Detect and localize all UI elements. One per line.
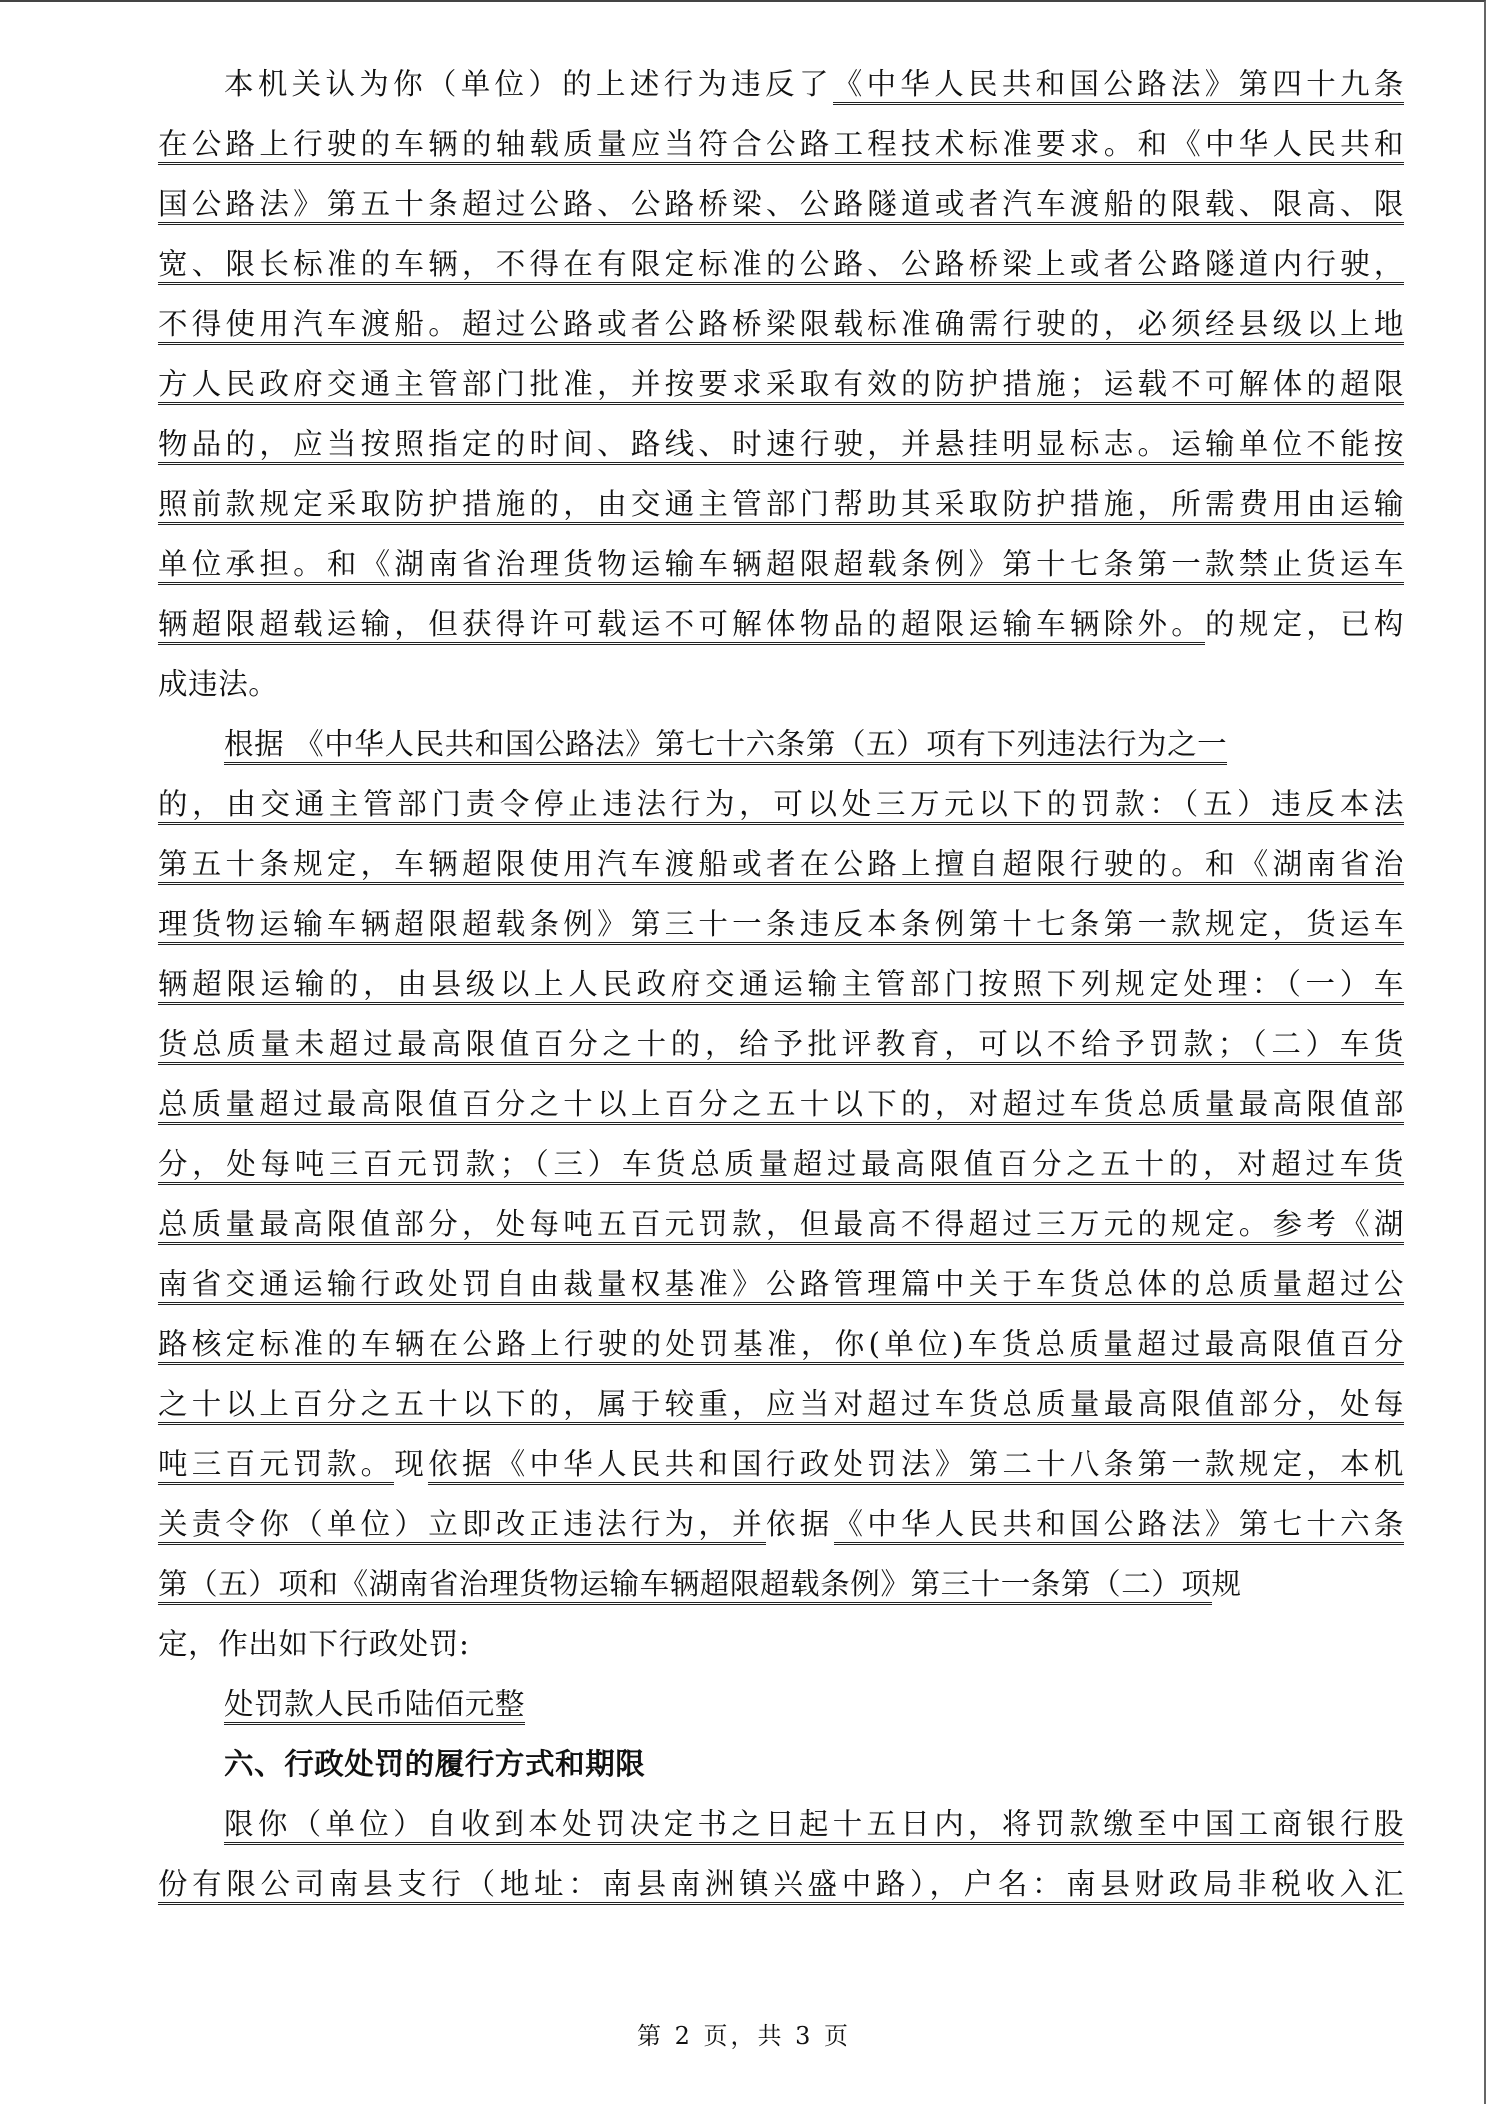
text-line: 关责令你（单位）立即改正违法行为，并依据《中华人民共和国公路法》第七十六条 bbox=[158, 1502, 1404, 1546]
page-number-footer: 第 2 页，共 3 页 bbox=[0, 2016, 1488, 2051]
text-line: 处罚款人民币陆佰元整 bbox=[158, 1682, 1404, 1726]
text-line: 货总质量未超过最高限值百分之十的，给予批评教育，可以不给予罚款；（二）车货 bbox=[158, 1022, 1404, 1066]
plain-text: 定，作出如下行政处罚: bbox=[158, 1627, 470, 1661]
text-line: 物品的，应当按照指定的时间、路线、时速行驶，并悬挂明显标志。运输单位不能按 bbox=[158, 422, 1404, 466]
plain-text: 现 bbox=[394, 1447, 428, 1481]
text-line: 成违法。 bbox=[158, 662, 1404, 706]
plain-text: 六、行政处罚的履行方式和期限 bbox=[224, 1747, 645, 1781]
text-line: 单位承担。和《湖南省治理货物运输车辆超限超载条例》第十七条第一款禁止货运车 bbox=[158, 542, 1404, 586]
underlined-text: 处罚款人民币陆佰元整 bbox=[224, 1687, 525, 1725]
underlined-text: 关责令你（单位）立即改正违法行为，并 bbox=[158, 1507, 766, 1545]
underlined-text: 辆超限超载运输，但获得许可载运不可解体物品的超限运输车辆除外。 bbox=[158, 607, 1205, 645]
text-line: 限你（单位）自收到本处罚决定书之日起十五日内，将罚款缴至中国工商银行股 bbox=[158, 1802, 1404, 1846]
underlined-text: 方人民政府交通主管部门批准，并按要求采取有效的防护措施；运载不可解体的超限 bbox=[158, 367, 1404, 405]
underlined-text: 路核定标准的车辆在公路上行驶的处罚基准，你(单位)车货总质量超过最高限值百分 bbox=[158, 1327, 1404, 1365]
text-line: 第五十条规定，车辆超限使用汽车渡船或者在公路上擅自超限行驶的。和《湖南省治 bbox=[158, 842, 1404, 886]
plain-text: 本机关认为你（单位）的上述行为违反了 bbox=[224, 67, 833, 101]
underlined-text: 物品的，应当按照指定的时间、路线、时速行驶，并悬挂明显标志。运输单位不能按 bbox=[158, 427, 1404, 465]
document-page: 本机关认为你（单位）的上述行为违反了《中华人民共和国公路法》第四十九条在公路上行… bbox=[0, 0, 1486, 2104]
text-line: 方人民政府交通主管部门批准，并按要求采取有效的防护措施；运载不可解体的超限 bbox=[158, 362, 1404, 406]
underlined-text: 货总质量未超过最高限值百分之十的，给予批评教育，可以不给予罚款；（二）车货 bbox=[158, 1027, 1404, 1065]
text-line: 国公路法》第五十条超过公路、公路桥梁、公路隧道或者汽车渡船的限载、限高、限 bbox=[158, 182, 1404, 226]
underlined-text: 依据《中华人民共和国行政处罚法》第二十八条第一款规定，本机 bbox=[428, 1447, 1404, 1485]
underlined-text: 照前款规定采取防护措施的，由交通主管部门帮助其采取防护措施，所需费用由运输 bbox=[158, 487, 1404, 525]
underlined-text: 份有限公司南县支行（地址：南县南洲镇兴盛中路），户名：南县财政局非税收入汇 bbox=[158, 1867, 1404, 1905]
text-line: 辆超限运输的，由县级以上人民政府交通运输主管部门按照下列规定处理：（一）车 bbox=[158, 962, 1404, 1006]
underlined-text: 总质量最高限值部分，处每吨五百元罚款，但最高不得超过三万元的规定。参考《湖 bbox=[158, 1207, 1404, 1245]
section-heading: 六、行政处罚的履行方式和期限 bbox=[158, 1742, 1404, 1786]
text-line: 总质量超过最高限值百分之十以上百分之五十以下的，对超过车货总质量最高限值部 bbox=[158, 1082, 1404, 1126]
text-line: 不得使用汽车渡船。超过公路或者公路桥梁限载标准确需行驶的，必须经县级以上地 bbox=[158, 302, 1404, 346]
underlined-text: 南省交通运输行政处罚自由裁量权基准》公路管理篇中关于车货总体的总质量超过公 bbox=[158, 1267, 1404, 1305]
underlined-text: 分，处每吨三百元罚款；（三）车货总质量超过最高限值百分之五十的，对超过车货 bbox=[158, 1147, 1404, 1185]
underlined-text: 第（五）项和《湖南省治理货物运输车辆超限超载条例》第三十一条第（二）项 bbox=[158, 1567, 1212, 1605]
underlined-text: 之十以上百分之五十以下的，属于较重，应当对超过车货总质量最高限值部分，处每 bbox=[158, 1387, 1404, 1425]
plain-text: 的规定，已构 bbox=[1205, 607, 1404, 641]
text-line: 理货物运输车辆超限超载条例》第三十一条违反本条例第十七条第一款规定，货运车 bbox=[158, 902, 1404, 946]
underlined-text: 辆超限运输的，由县级以上人民政府交通运输主管部门按照下列规定处理：（一）车 bbox=[158, 967, 1404, 1005]
text-line: 宽、限长标准的车辆，不得在有限定标准的公路、公路桥梁上或者公路隧道内行驶， bbox=[158, 242, 1404, 286]
text-line: 在公路上行驶的车辆的轴载质量应当符合公路工程技术标准要求。和《中华人民共和 bbox=[158, 122, 1404, 166]
text-line: 本机关认为你（单位）的上述行为违反了《中华人民共和国公路法》第四十九条 bbox=[158, 62, 1404, 106]
underlined-text: 理货物运输车辆超限超载条例》第三十一条违反本条例第十七条第一款规定，货运车 bbox=[158, 907, 1404, 945]
underlined-text: 第五十条规定，车辆超限使用汽车渡船或者在公路上擅自超限行驶的。和《湖南省治 bbox=[158, 847, 1404, 885]
text-line: 定，作出如下行政处罚: bbox=[158, 1622, 1404, 1666]
text-line: 分，处每吨三百元罚款；（三）车货总质量超过最高限值百分之五十的，对超过车货 bbox=[158, 1142, 1404, 1186]
underlined-text: 宽、限长标准的车辆，不得在有限定标准的公路、公路桥梁上或者公路隧道内行驶， bbox=[158, 247, 1404, 285]
plain-text: 规 bbox=[1212, 1567, 1242, 1601]
underlined-text: 《中华人民共和国公路法》第七十六条 bbox=[834, 1507, 1405, 1545]
text-line: 的，由交通主管部门责令停止违法行为，可以处三万元以下的罚款：（五）违反本法 bbox=[158, 782, 1404, 826]
underlined-text: 《中华人民共和国公路法》第四十九条 bbox=[833, 67, 1404, 105]
underlined-text: 不得使用汽车渡船。超过公路或者公路桥梁限载标准确需行驶的，必须经县级以上地 bbox=[158, 307, 1404, 345]
underlined-text: 吨三百元罚款。 bbox=[158, 1447, 394, 1485]
text-line: 南省交通运输行政处罚自由裁量权基准》公路管理篇中关于车货总体的总质量超过公 bbox=[158, 1262, 1404, 1306]
underlined-text: 单位承担。和《湖南省治理货物运输车辆超限超载条例》第十七条第一款禁止货运车 bbox=[158, 547, 1404, 585]
text-line: 路核定标准的车辆在公路上行驶的处罚基准，你(单位)车货总质量超过最高限值百分 bbox=[158, 1322, 1404, 1366]
text-line: 根据 《中华人民共和国公路法》第七十六条第（五）项有下列违法行为之一 bbox=[158, 722, 1404, 766]
underlined-text: 国公路法》第五十条超过公路、公路桥梁、公路隧道或者汽车渡船的限载、限高、限 bbox=[158, 187, 1404, 225]
underlined-text: 根据 《中华人民共和国公路法》第七十六条第（五）项有下列违法行为之一 bbox=[224, 727, 1227, 765]
text-line: 照前款规定采取防护措施的，由交通主管部门帮助其采取防护措施，所需费用由运输 bbox=[158, 482, 1404, 526]
underlined-text: 限你（单位）自收到本处罚决定书之日起十五日内，将罚款缴至中国工商银行股 bbox=[224, 1807, 1404, 1845]
text-line: 辆超限超载运输，但获得许可载运不可解体物品的超限运输车辆除外。的规定，已构 bbox=[158, 602, 1404, 646]
text-line: 之十以上百分之五十以下的，属于较重，应当对超过车货总质量最高限值部分，处每 bbox=[158, 1382, 1404, 1426]
text-line: 份有限公司南县支行（地址：南县南洲镇兴盛中路），户名：南县财政局非税收入汇 bbox=[158, 1862, 1404, 1906]
plain-text: 依据 bbox=[766, 1507, 834, 1541]
plain-text: 成违法。 bbox=[158, 667, 278, 701]
underlined-text: 在公路上行驶的车辆的轴载质量应当符合公路工程技术标准要求。和《中华人民共和 bbox=[158, 127, 1404, 165]
text-line: 总质量最高限值部分，处每吨五百元罚款，但最高不得超过三万元的规定。参考《湖 bbox=[158, 1202, 1404, 1246]
underlined-text: 的，由交通主管部门责令停止违法行为，可以处三万元以下的罚款：（五）违反本法 bbox=[158, 787, 1404, 825]
text-line: 吨三百元罚款。现依据《中华人民共和国行政处罚法》第二十八条第一款规定，本机 bbox=[158, 1442, 1404, 1486]
underlined-text: 总质量超过最高限值百分之十以上百分之五十以下的，对超过车货总质量最高限值部 bbox=[158, 1087, 1404, 1125]
text-line: 第（五）项和《湖南省治理货物运输车辆超限超载条例》第三十一条第（二）项规 bbox=[158, 1562, 1404, 1606]
